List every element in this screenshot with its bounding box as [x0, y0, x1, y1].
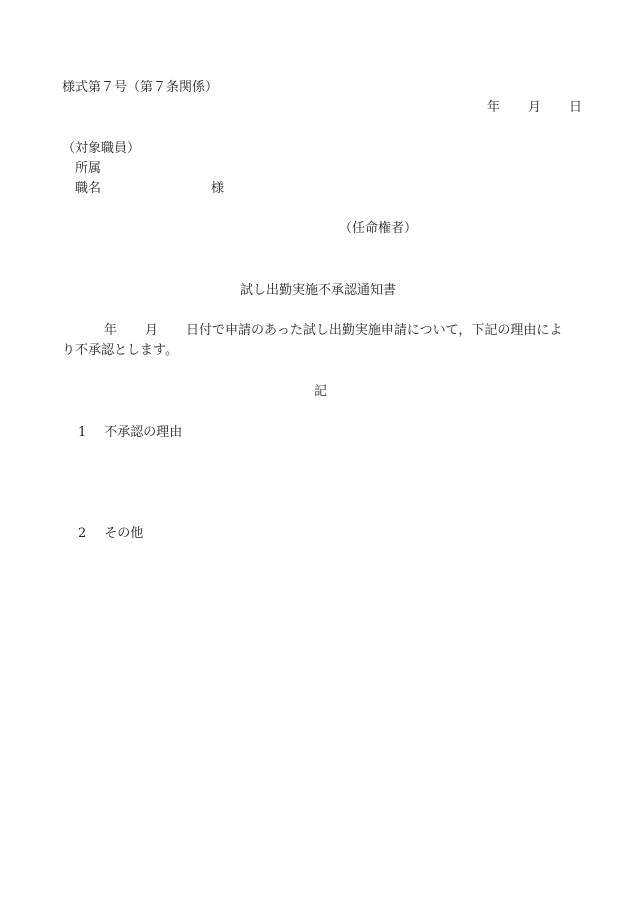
body-month: 月: [145, 323, 158, 338]
honorific: 様: [211, 182, 224, 195]
body-text: 日付で申請のあった試し出勤実施申請について，下記の理由によ: [186, 323, 562, 338]
document-title: 試し出勤実施不承認通知書: [240, 284, 396, 297]
affiliation-label: 所属: [75, 162, 101, 175]
ki-heading: 記: [314, 385, 327, 398]
recipient-heading: （対象職員）: [62, 142, 140, 155]
date-year: 年: [487, 100, 500, 115]
body-year: 年: [104, 323, 117, 338]
body-line-1: 年月日付で申請のあった試し出勤実施申請について，下記の理由によ: [104, 324, 562, 337]
body-line-2: り不承認とします。: [62, 344, 178, 357]
item-2: 2その他: [78, 527, 143, 540]
item-label: その他: [104, 526, 143, 541]
date-day: 日: [569, 100, 582, 115]
item-label: 不承認の理由: [104, 425, 182, 440]
item-1: 1不承認の理由: [78, 426, 182, 439]
item-number: 1: [78, 425, 86, 440]
issuer-label: （任命権者）: [339, 222, 417, 235]
date-line: 年月日: [487, 101, 582, 114]
form-number: 様式第７号（第７条関係）: [62, 81, 218, 94]
position-label: 職名: [75, 182, 101, 195]
date-month: 月: [528, 100, 541, 115]
item-number: 2: [78, 526, 86, 541]
